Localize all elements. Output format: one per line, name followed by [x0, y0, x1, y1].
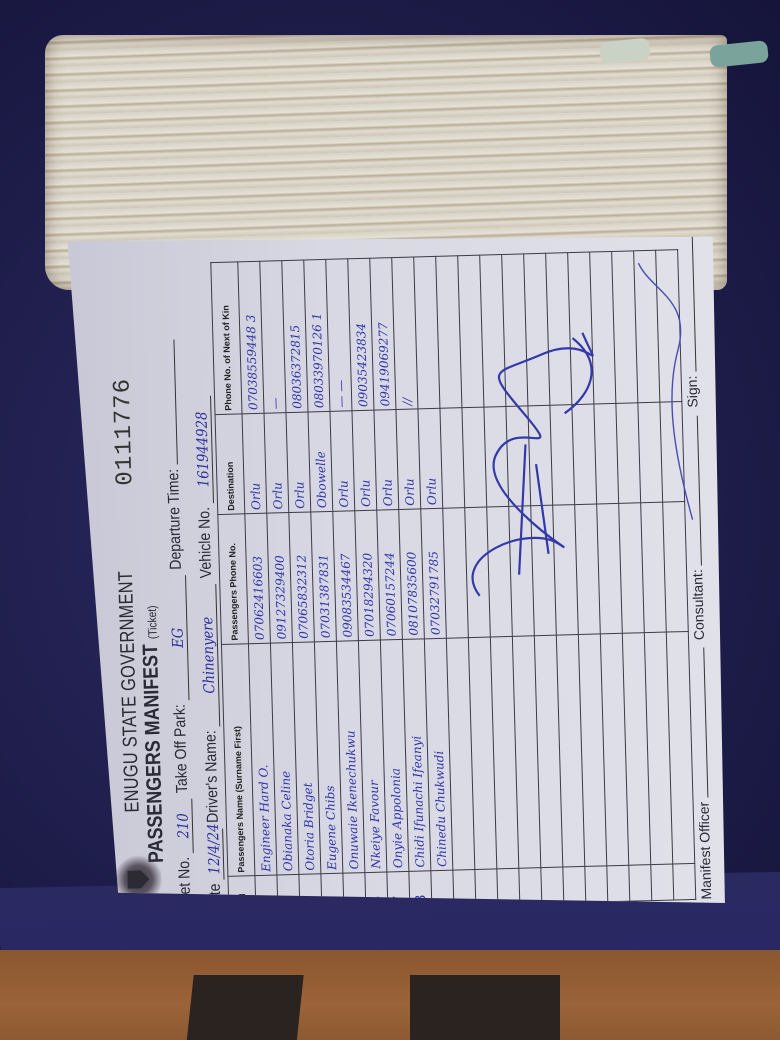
- passenger-sn: [563, 866, 586, 903]
- passenger-destination: [594, 403, 619, 504]
- passenger-destination: [572, 404, 597, 505]
- title-suffix: (Ticket): [145, 605, 160, 639]
- passenger-sn: [607, 865, 630, 902]
- wooden-floor: [0, 950, 780, 1040]
- passenger-destination: Orlu: [242, 413, 267, 514]
- passenger-destination: Orlu: [396, 409, 421, 510]
- passenger-sn: [673, 863, 696, 900]
- drivers-name-field[interactable]: Chinenyere: [197, 584, 220, 727]
- passenger-sn: [541, 867, 564, 904]
- passenger-destination: [550, 405, 575, 506]
- take-off-park-field[interactable]: EG: [167, 575, 189, 700]
- departure-time-label: Departure Time:: [165, 469, 185, 570]
- col-next-of-kin-phone: Phone No. of Next of Kin: [211, 262, 242, 415]
- passenger-destination: [506, 406, 531, 507]
- passenger-destination: [462, 407, 487, 508]
- stack-tab: [599, 37, 651, 64]
- departure-time-field[interactable]: [173, 340, 177, 465]
- sign-field[interactable]: [691, 222, 696, 372]
- chair-leg: [410, 975, 560, 1040]
- manifest-content: ENUGU STATE GOVERNMENT 0111776 PASSENGER…: [70, 229, 728, 917]
- passenger-destination: Orlu: [286, 412, 311, 513]
- passenger-sn: [629, 865, 652, 902]
- passenger-destination: [440, 408, 465, 509]
- drivers-name-label: Driver's Name:: [202, 730, 222, 823]
- passenger-sn: [651, 864, 674, 901]
- passenger-phone: [663, 502, 689, 633]
- vehicle-no-field[interactable]: 161944928: [192, 395, 214, 503]
- passenger-sn: [585, 866, 608, 903]
- title-text: PASSENGERS MANIFEST: [139, 644, 168, 863]
- take-off-park-label: Take Off Park:: [172, 704, 191, 793]
- chair-leg: [186, 975, 303, 1040]
- col-destination: Destination: [215, 414, 245, 515]
- consultant-field[interactable]: [697, 415, 702, 565]
- passenger-destination: Orlu: [330, 411, 355, 512]
- fleet-no-field[interactable]: 210: [173, 798, 194, 853]
- date-field[interactable]: 12/4/24: [204, 828, 224, 880]
- col-passenger-phone: Passengers Phone No.: [218, 514, 249, 645]
- passenger-table: S/N Passengers Name (Surname First) Pass…: [210, 249, 696, 913]
- passenger-destination: Obowelle: [308, 411, 333, 512]
- passenger-destination: Orlu: [374, 410, 399, 511]
- manifest-officer-field[interactable]: [703, 648, 708, 798]
- passenger-destination: Orlu: [418, 408, 443, 509]
- page-title: PASSENGERS MANIFEST (Ticket): [138, 605, 169, 863]
- passenger-sn: [519, 868, 542, 905]
- passenger-destination: Orlu: [264, 413, 289, 514]
- vehicle-no-label: Vehicle No.: [196, 507, 215, 579]
- passenger-destination: Orlu: [352, 410, 377, 511]
- manifest-officer-label: Manifest Officer: [696, 802, 715, 900]
- consultant-label: Consultant:: [689, 569, 707, 640]
- passenger-manifest-ticket: ENUGU STATE GOVERNMENT 0111776 PASSENGER…: [68, 223, 732, 921]
- serial-number: 0111776: [109, 377, 139, 486]
- passenger-destination: [528, 405, 553, 506]
- sign-label: Sign:: [684, 375, 701, 407]
- passenger-destination: [484, 406, 509, 507]
